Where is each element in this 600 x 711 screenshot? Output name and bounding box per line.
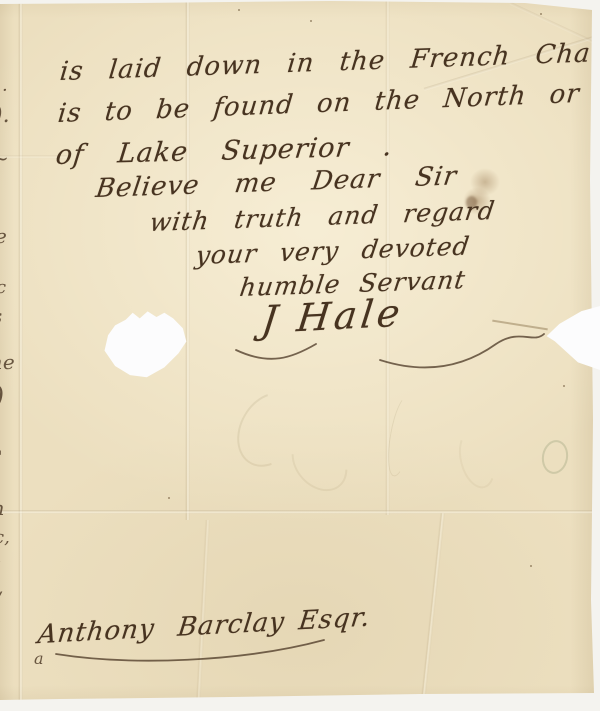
edge-ink-fragment: a	[34, 649, 44, 668]
edge-ink-fragment: /	[0, 587, 1, 611]
scan-background: is laid down in the French Charts is to …	[0, 0, 600, 711]
letter-page: is laid down in the French Charts is to …	[0, 0, 600, 711]
paper-speck	[168, 497, 170, 499]
fold-crease-vertical-right-lower	[419, 513, 445, 710]
edge-ink-fragment: ~	[0, 146, 9, 170]
handwritten-line-1: is laid down in the French Charts	[58, 37, 600, 87]
edge-ink-fragment: s	[0, 304, 2, 328]
recipient-suffix: Esqr.	[297, 602, 372, 636]
edge-ink-fragment: c	[0, 277, 6, 298]
edge-ink-fragment: ).	[0, 103, 10, 128]
signature: J Hale	[259, 290, 406, 342]
paper-speck	[238, 9, 240, 11]
handwritten-line-5: with truth and regard	[148, 196, 497, 237]
edge-ink-fragment: e	[0, 224, 7, 248]
handwritten-line-6: your very devoted	[194, 231, 472, 270]
edge-ink-fragment: '	[0, 447, 2, 466]
edge-ink-fragment: )	[0, 382, 4, 412]
edge-ink-fragment: h	[0, 496, 5, 520]
paper-speck	[540, 13, 542, 15]
paper-speck	[310, 20, 312, 22]
pencil-showthrough-mark	[539, 438, 571, 476]
fold-crease-vertical-left	[18, 0, 23, 711]
edge-ink-fragment: c,	[0, 527, 10, 548]
edge-ink-fragment: he	[0, 350, 15, 374]
paper-speck	[530, 565, 532, 567]
paper-speck	[563, 385, 565, 387]
fold-crease-horizontal	[0, 510, 600, 514]
edge-ink-fragment: ·	[2, 80, 8, 101]
ink-showthrough-mark	[453, 427, 501, 493]
